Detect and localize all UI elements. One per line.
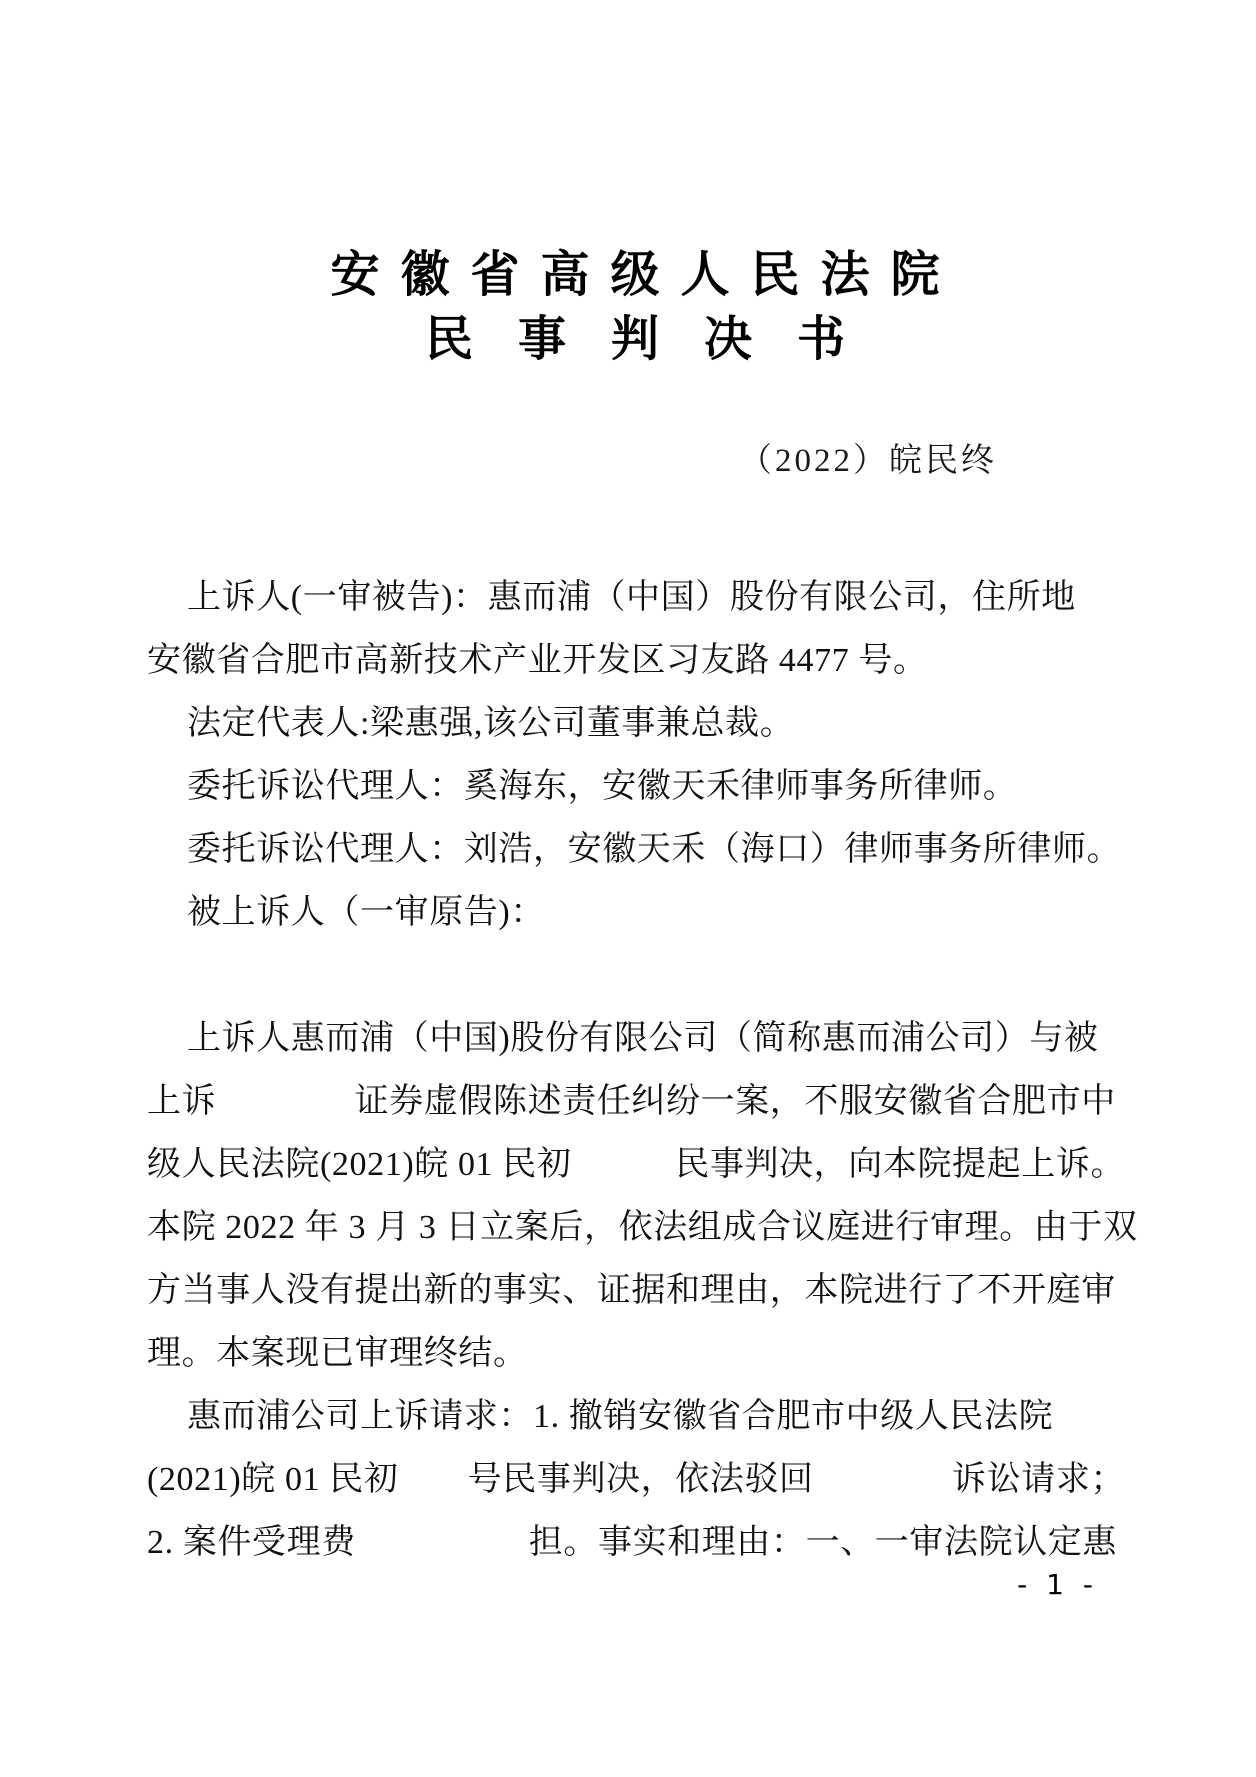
body-line-address: 安徽省合肥市高新技术产业开发区习友路 4477 号。 <box>147 629 1122 692</box>
body-line-case-intro-3: 级人民法院(2021)皖 01 民初 民事判决，向本院提起上诉。 <box>147 1133 1122 1196</box>
document-header: 安徽省高级人民法院 民事判决书 <box>30 243 1240 371</box>
body-line-case-intro-1: 上诉人惠而浦（中国)股份有限公司（简称惠而浦公司）与被 <box>147 1007 1122 1070</box>
page-number: - 1 - <box>1017 1570 1098 1600</box>
body-line-case-intro-2: 上诉 证券虚假陈述责任纠纷一案，不服安徽省合肥市中 <box>147 1070 1122 1133</box>
body-line-legal-rep: 法定代表人:梁惠强,该公司董事兼总裁。 <box>147 692 1122 755</box>
body-line-case-intro-5: 方当事人没有提出新的事实、证据和理由，本院进行了不开庭审 <box>147 1259 1122 1322</box>
body-line-appeal-request-3: 2. 案件受理费 担。事实和理由：一、一审法院认定惠 <box>147 1511 1122 1574</box>
court-name-title: 安徽省高级人民法院 <box>30 243 1240 307</box>
body-line-appellee: 被上诉人（一审原告)： <box>147 881 1122 944</box>
body-line-appeal-request-2: (2021)皖 01 民初 号民事判决，依法驳回 诉讼请求； <box>147 1448 1122 1511</box>
document-type-title: 民事判决书 <box>30 307 1240 371</box>
document-body: 上诉人(一审被告)：惠而浦（中国）股份有限公司，住所地 安徽省合肥市高新技术产业… <box>147 566 1122 1574</box>
body-line-agent-2: 委托诉讼代理人：刘浩，安徽天禾（海口）律师事务所律师。 <box>147 818 1122 881</box>
judgment-document-page: 安徽省高级人民法院 民事判决书 （2022）皖民终 上诉人(一审被告)：惠而浦（… <box>0 0 1256 1777</box>
body-line-case-intro-6: 理。本案现已审理终结。 <box>147 1322 1122 1385</box>
body-line-case-intro-4: 本院 2022 年 3 月 3 日立案后，依法组成合议庭进行审理。由于双 <box>147 1196 1122 1259</box>
body-line-appeal-request-1: 惠而浦公司上诉请求：1. 撤销安徽省合肥市中级人民法院 <box>147 1385 1122 1448</box>
body-line-agent-1: 委托诉讼代理人：奚海东，安徽天禾律师事务所律师。 <box>147 755 1122 818</box>
body-line-blank <box>147 944 1122 1007</box>
body-line-appellant: 上诉人(一审被告)：惠而浦（中国）股份有限公司，住所地 <box>147 566 1122 629</box>
case-number: （2022）皖民终 <box>739 441 997 481</box>
